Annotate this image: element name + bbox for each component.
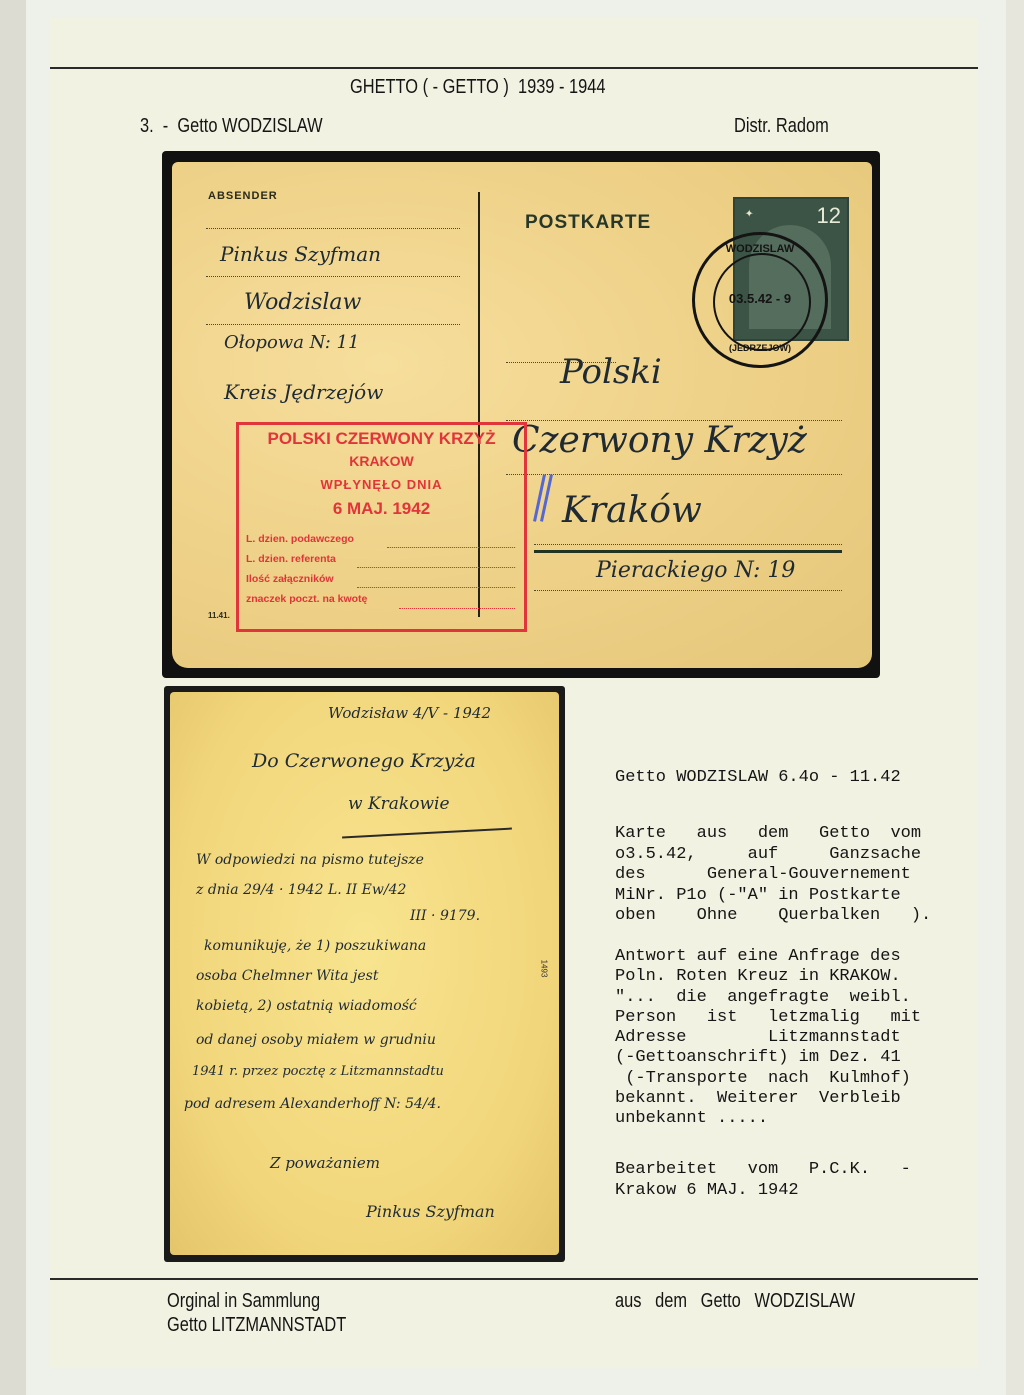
footer-left-line-2: Getto LITZMANNSTADT [167,1314,346,1337]
description-line: (-Gettoanschrift) im Dez. 41 [615,1048,921,1068]
stamp-city: KRAKOW [239,453,524,469]
description-heading: Getto WODZISLAW 6.4o - 11.42 [615,768,901,787]
description-para-3: Bearbeitet vom P.C.K. - Krakow 6 MAJ. 19… [615,1160,911,1201]
footer-left-line-1: Orginal in Sammlung [167,1290,320,1313]
form-code: 11.41. [208,611,230,620]
stamp-field-line [399,608,515,609]
description-line: des General-Gouvernement [615,865,931,886]
sender-name: Pinkus Szyfman [220,242,381,266]
stamp-field: znaczek poczt. na kwotę [246,593,367,605]
letter-line: kobietą, 2) ostatnią wiadomość [196,998,417,1014]
page-edge [1006,0,1024,1395]
address-line-3: Kraków [562,490,702,531]
bottom-rule [50,1278,978,1280]
letter-dateline: Wodzisław 4/V - 1942 [328,704,491,722]
stamp-org: POLSKI CZERWONY KRZYŻ [239,429,524,449]
stamp-received: WPŁYNĘŁO DNIA [239,477,524,492]
stamp-value: 12 [817,203,841,229]
sender-street: Ołopowa N: 11 [224,332,359,353]
postmark: WODZISLAW 03.5.42 - 9 (JEDRZEJOW) [692,232,828,368]
underline-stroke [342,828,512,839]
stamp-field: L. dzien. referenta [246,553,336,565]
description-para-1: Karte aus dem Getto vom o3.5.42, auf Gan… [615,824,931,927]
sender-label: ABSENDER [208,190,278,202]
letter-recipient: Do Czerwonego Krzyża [252,750,476,772]
page-title: GHETTO ( - GETTO ) 1939 - 1944 [350,76,605,99]
description-line: Poln. Roten Kreuz in KRAKOW. [615,967,921,987]
description-line: o3.5.42, auf Ganzsache [615,845,931,866]
red-cross-receipt-stamp: POLSKI CZERWONY KRZYŻ KRAKOW WPŁYNĘŁO DN… [236,422,527,632]
letter-line: pod adresem Alexanderhoff N: 54/4. [184,1096,441,1112]
sender-town: Wodzislaw [244,290,361,315]
letter-line: z dnia 29/4 · 1942 L. II Ew/42 [196,882,406,898]
address-line-1: Polski [560,352,662,392]
description-line: "... die angefragte weibl. [615,988,921,1008]
letter-signature: Pinkus Szyfman [366,1202,495,1221]
dotted-line [534,544,842,545]
description-line: (-Transporte nach Kulmhof) [615,1069,921,1089]
dotted-line [206,276,460,277]
stamp-field-line [357,567,515,568]
letter-line: III · 9179. [410,908,480,924]
address-line-2: Czerwony Krzyż [512,420,807,461]
stamp-date: 6 MAJ. 1942 [239,499,524,519]
postcard-back: Wodzisław 4/V - 1942 Do Czerwonego Krzyż… [170,692,559,1255]
footer-right: aus dem Getto WODZISLAW [615,1290,855,1313]
letter-line: 1941 r. przez pocztę z Litzmannstadtu [192,1064,444,1079]
letter-line: komunikuję, że 1) poszukiwana [204,938,426,954]
description-para-2: Antwort auf eine Anfrage des Poln. Roten… [615,947,921,1130]
description-line: unbekannt ..... [615,1109,921,1129]
letter-closing: Z poważaniem [270,1154,380,1172]
description-line: Adresse Litzmannstadt [615,1028,921,1048]
top-rule [50,67,978,69]
description-line: bekannt. Weiterer Verbleib [615,1089,921,1109]
postmark-town: WODZISLAW [695,243,825,255]
description-line: oben Ohne Querbalken ). [615,906,931,927]
postmark-date: 03.5.42 - 9 [717,291,803,306]
letter-recipient-city: w Krakowie [348,794,450,814]
section-title: 3. - Getto WODZISLAW [140,115,323,138]
dotted-line [206,228,460,229]
letter-line: osoba Chelmner Wita jest [196,968,379,984]
description-line: Karte aus dem Getto vom [615,824,931,845]
letter-line: od danej osoby miałem w grudniu [196,1032,436,1048]
stamp-field: Ilość załączników [246,573,334,585]
dotted-line [206,324,460,325]
description-line: Person ist letzmalig mit [615,1008,921,1028]
district-label: Distr. Radom [734,115,829,138]
description-line: Bearbeitet vom P.C.K. - [615,1160,911,1181]
eagle-icon: ✦ [745,205,753,222]
dotted-line [534,590,842,591]
postmark-bottom: (JEDRZEJOW) [695,343,825,353]
sender-district: Kreis Jędrzejów [224,380,383,404]
description-line: Antwort auf eine Anfrage des [615,947,921,967]
underline-bar [534,550,842,553]
archive-number: 1493 [540,960,549,978]
postcard-front: ABSENDER Pinkus Szyfman Wodzislaw Ołopow… [172,162,872,668]
dotted-line [506,474,842,475]
stamp-field-line [357,587,515,588]
letter-line: W odpowiedzi na pismo tutejsze [196,852,424,868]
description-line: MiNr. P1o (-"A" in Postkarte [615,886,931,907]
stamp-field-line [387,547,515,548]
stamp-field: L. dzien. podawczego [246,533,354,545]
postkarte-title: POSTKARTE [525,212,651,234]
description-line: Krakow 6 MAJ. 1942 [615,1181,911,1202]
address-line-4: Pierackiego N: 19 [596,558,795,583]
